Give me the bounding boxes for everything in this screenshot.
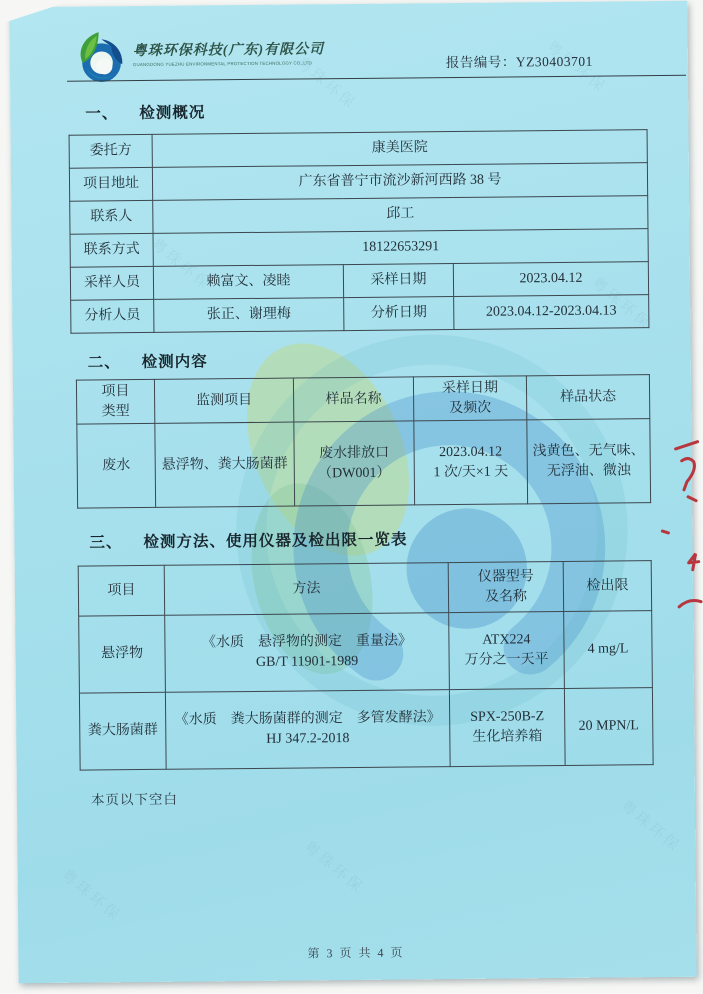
cell-label: 采样日期 xyxy=(343,264,453,298)
section-number: 二、 xyxy=(88,354,121,371)
column-header: 项目 xyxy=(78,565,164,616)
section-title-methods: 三、检测方法、使用仪器及检出限一览表 xyxy=(89,527,407,552)
section-label: 检测内容 xyxy=(142,353,208,371)
company-name-en: GUANGDONG YUEZHU ENVIRONMENTAL PROTECTIO… xyxy=(133,60,393,67)
table-row: 粪大肠菌群 《水质 粪大肠菌群的测定 多管发酵法》 HJ 347.2-2018 … xyxy=(79,688,653,770)
report-number-label: 报告编号： xyxy=(446,54,516,70)
faint-watermark-text: 粤珠环保 xyxy=(57,864,126,926)
table-row: 分析人员 张正、谢理梅 分析日期 2023.04.12-2023.04.13 xyxy=(71,295,649,334)
column-header: 方法 xyxy=(164,563,448,616)
cell-value: 2023.04.12 1 次/天×1 天 xyxy=(414,420,528,505)
cell-label: 联系人 xyxy=(70,200,153,234)
section-title-content: 二、检测内容 xyxy=(88,349,208,372)
cell-value: 2023.04.12 xyxy=(453,262,648,297)
cell-value: 悬浮物 xyxy=(79,615,166,693)
cell-value: 康美医院 xyxy=(152,130,647,168)
section-label: 检测概况 xyxy=(139,104,205,122)
column-header: 项目 类型 xyxy=(76,379,154,424)
blank-below-note: 本页以下空白 xyxy=(91,788,178,809)
report-number: YZ30403701 xyxy=(516,54,593,70)
cell-label: 分析日期 xyxy=(344,297,454,331)
cell-value: 20 MPN/L xyxy=(564,688,653,766)
faint-watermark-text: 粤珠环保 xyxy=(300,836,369,898)
cell-value: 2023.04.12-2023.04.13 xyxy=(454,295,649,330)
cell-value: 张正、谢理梅 xyxy=(154,298,344,333)
column-header: 采样日期 及频次 xyxy=(413,376,526,421)
cell-value: 悬浮物、粪大肠菌群 xyxy=(155,422,295,507)
table-row: 委托方 康美医院 xyxy=(69,130,647,169)
cell-value: 《水质 粪大肠菌群的测定 多管发酵法》 HJ 347.2-2018 xyxy=(165,690,450,770)
faint-watermark-text: 粤珠环保 xyxy=(617,795,686,857)
cell-value: 《水质 悬浮物的测定 重量法》 GB/T 11901-1989 xyxy=(165,613,450,693)
section-number: 三、 xyxy=(89,534,122,551)
column-header: 样品状态 xyxy=(526,375,649,420)
cell-label: 项目地址 xyxy=(69,167,152,201)
cell-value: 广东省普宁市流沙新河西路 38 号 xyxy=(152,163,647,201)
company-logo xyxy=(72,28,127,85)
cell-label: 联系方式 xyxy=(70,233,153,267)
cell-value: 浅黄色、无气味、 无浮油、微浊 xyxy=(527,419,651,504)
report-number-line: 报告编号：YZ30403701 xyxy=(446,49,676,71)
cell-value: 废水排放口 （DW001） xyxy=(294,421,415,506)
column-header: 样品名称 xyxy=(293,377,413,422)
cell-label: 委托方 xyxy=(69,134,152,168)
method-table: 项目 方法 仪器型号 及名称 检出限 悬浮物 《水质 悬浮物的测定 重量法》 G… xyxy=(78,560,653,769)
cell-value: SPX-250B-Z 生化培养箱 xyxy=(449,688,565,766)
section-label: 检测方法、使用仪器及检出限一览表 xyxy=(143,531,407,551)
cell-value: 18122653291 xyxy=(153,229,648,267)
cell-label: 分析人员 xyxy=(71,299,154,333)
cell-value: 4 mg/L xyxy=(564,611,653,689)
company-name-cn: 粤珠环保科技(广东)有限公司 xyxy=(133,38,393,60)
table-header-row: 项目 类型 监测项目 样品名称 采样日期 及频次 样品状态 xyxy=(76,375,649,424)
cell-label: 采样人员 xyxy=(70,266,153,300)
table-row: 项目地址 广东省普宁市流沙新河西路 38 号 xyxy=(69,163,647,202)
column-header: 检出限 xyxy=(563,561,651,612)
table-header-row: 项目 方法 仪器型号 及名称 检出限 xyxy=(78,561,651,616)
overview-table: 委托方 康美医院 项目地址 广东省普宁市流沙新河西路 38 号 联系人 邱工 联… xyxy=(69,129,649,334)
cell-value: 邱工 xyxy=(153,196,648,234)
table-row: 联系人 邱工 xyxy=(70,196,648,235)
table-row: 废水 悬浮物、粪大肠菌群 废水排放口 （DW001） 2023.04.12 1 … xyxy=(77,419,651,508)
section-title-overview: 一、检测概况 xyxy=(85,100,205,123)
section-number: 一、 xyxy=(85,105,118,122)
content-table: 项目 类型 监测项目 样品名称 采样日期 及频次 样品状态 废水 悬浮物、粪大肠… xyxy=(76,374,650,507)
page-number: 第 3 页 共 4 页 xyxy=(4,941,703,965)
red-pen-marks xyxy=(647,435,703,631)
table-row: 悬浮物 《水质 悬浮物的测定 重量法》 GB/T 11901-1989 ATX2… xyxy=(79,611,653,693)
company-name-block: 粤珠环保科技(广东)有限公司 GUANGDONG YUEZHU ENVIRONM… xyxy=(133,38,393,67)
cell-value: 粪大肠菌群 xyxy=(79,692,166,770)
column-header: 仪器型号 及名称 xyxy=(448,561,563,612)
table-row: 采样人员 赖富文、凌睦 采样日期 2023.04.12 xyxy=(70,262,648,301)
header-rule xyxy=(67,75,686,82)
table-row: 联系方式 18122653291 xyxy=(70,229,648,268)
scanned-report-page: 粤珠环保 粤珠环保 粤珠环保 粤珠环保 粤珠环保 粤珠环保 粤珠环保 粤珠环保科… xyxy=(9,1,696,983)
cell-value: 赖富文、凌睦 xyxy=(153,265,343,300)
cell-value: 废水 xyxy=(77,423,156,508)
cell-value: ATX224 万分之一天平 xyxy=(449,611,565,689)
column-header: 监测项目 xyxy=(154,378,293,423)
